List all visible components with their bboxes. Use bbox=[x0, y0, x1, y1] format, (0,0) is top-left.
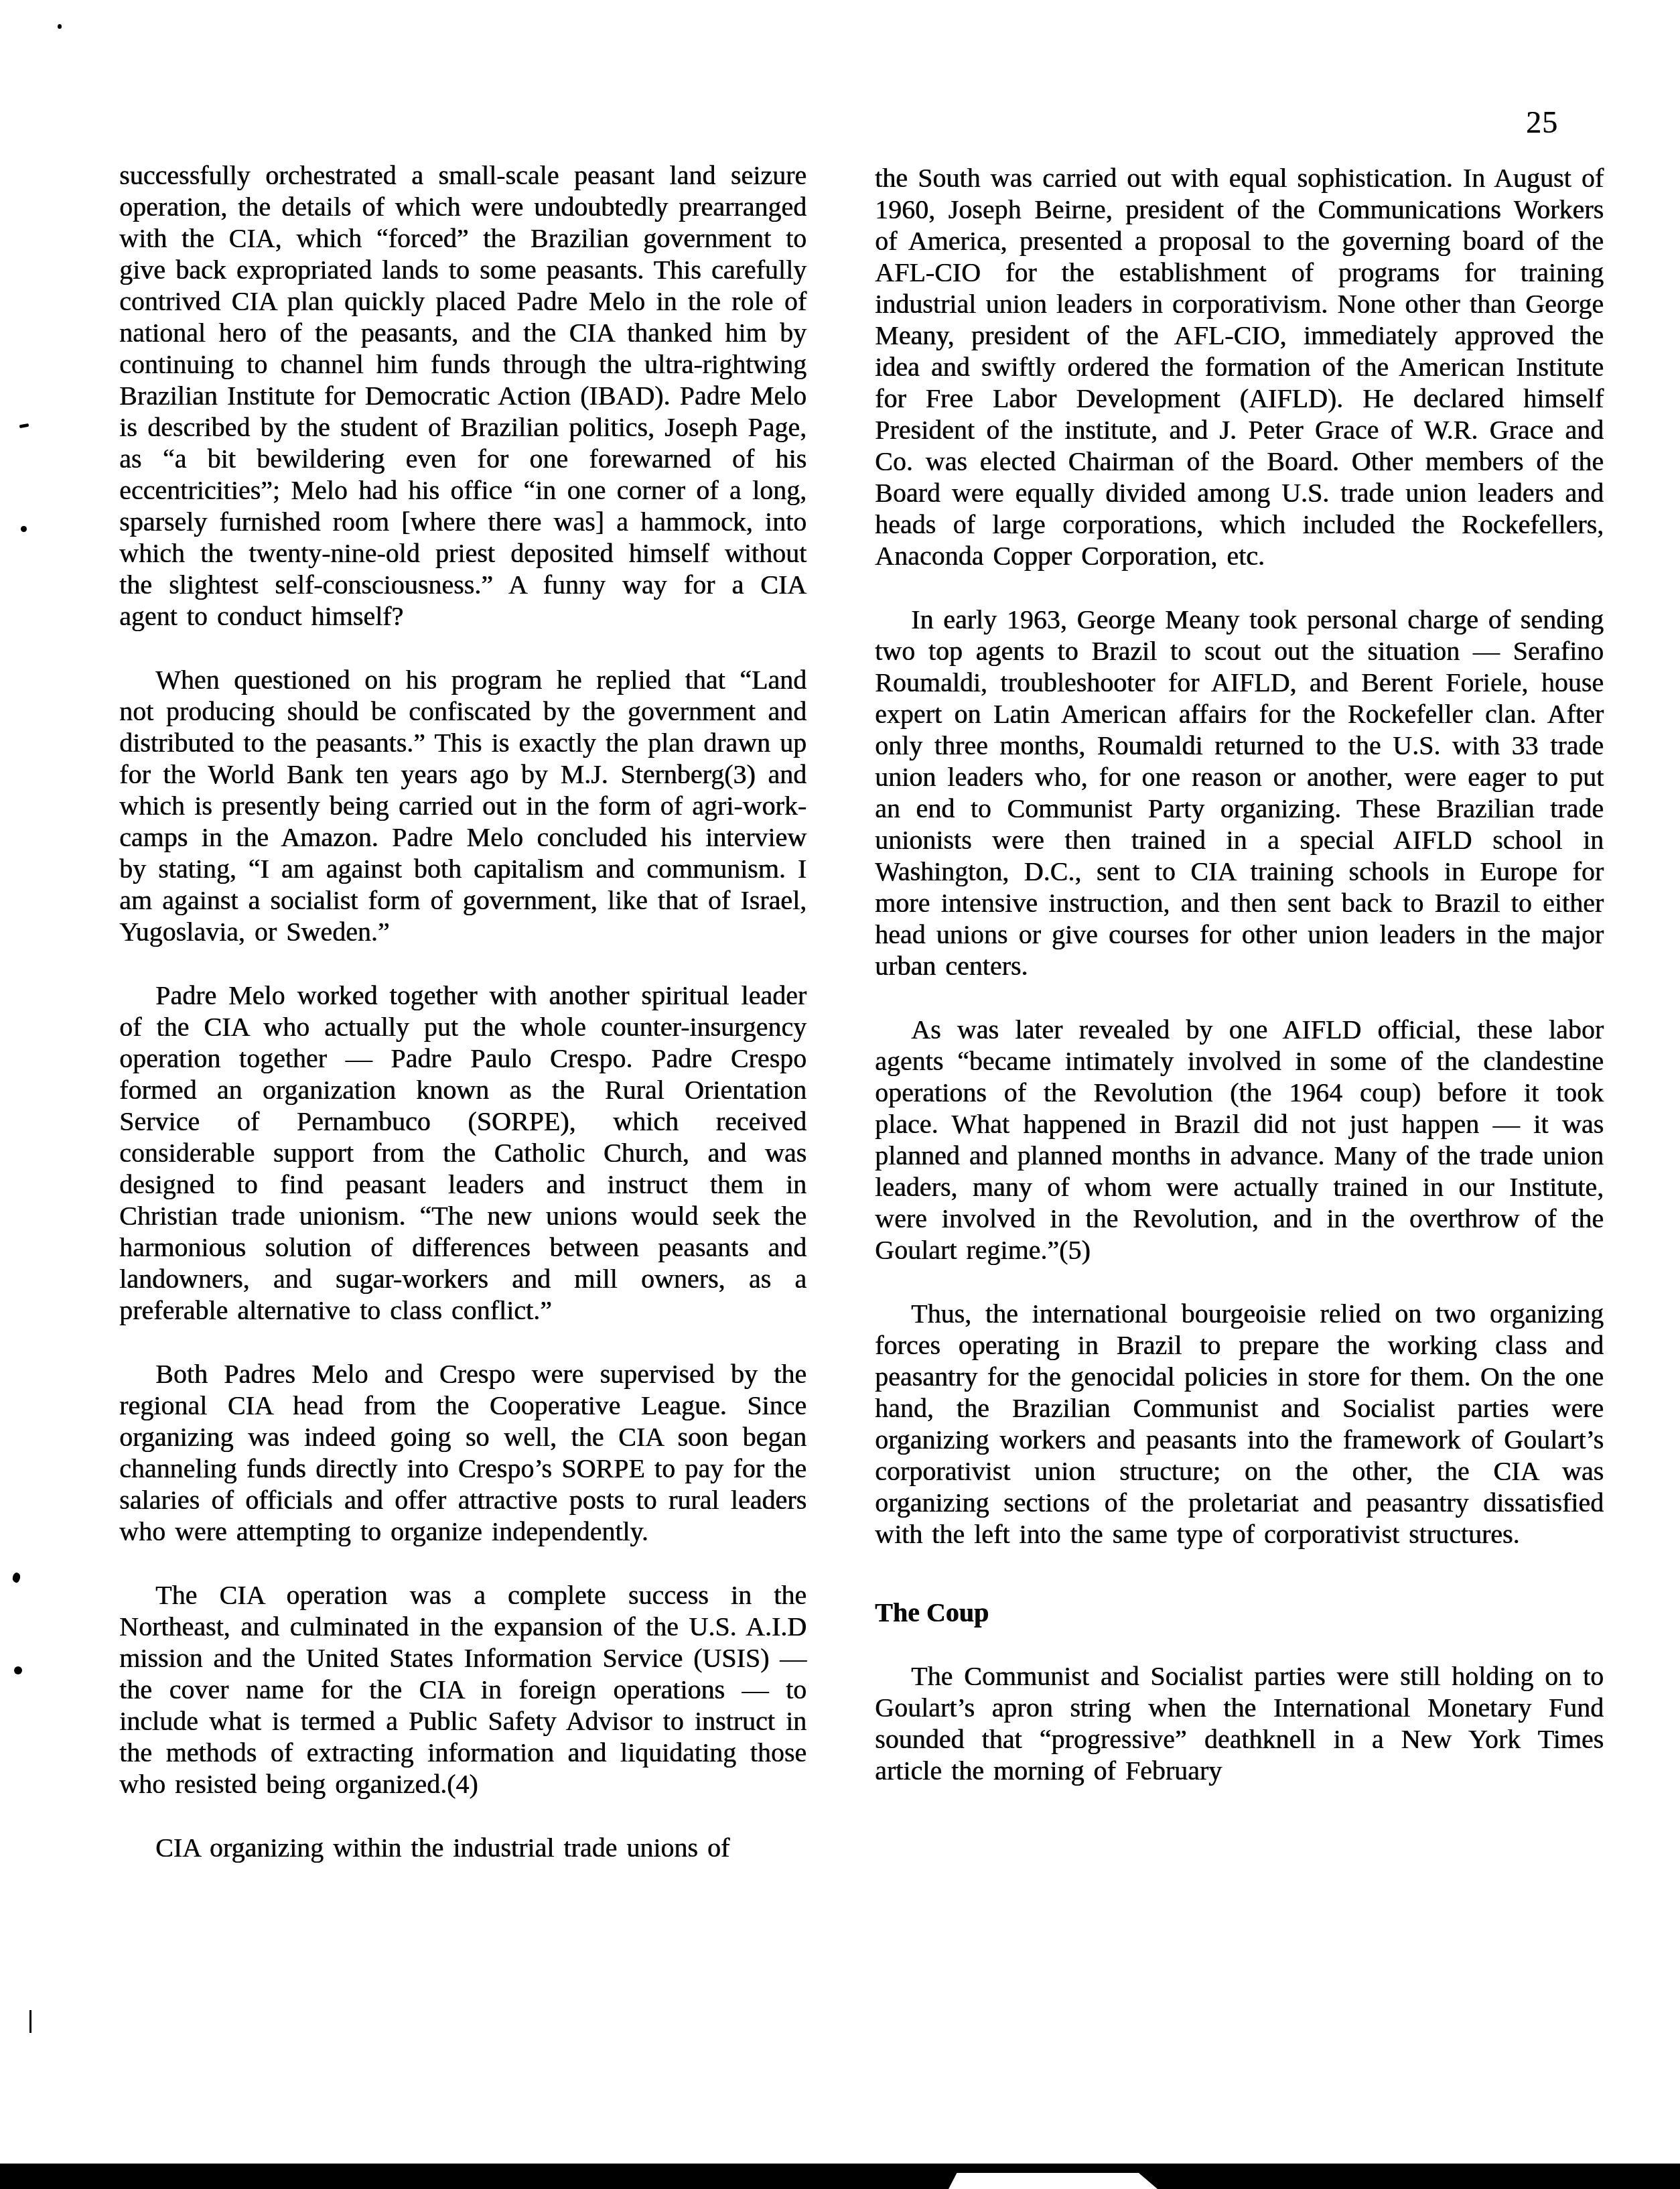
paragraph: When questioned on his program he replie… bbox=[119, 664, 807, 947]
scan-bottom-band-notch bbox=[949, 2173, 1158, 2189]
scan-speck bbox=[29, 2010, 31, 2033]
paragraph: The CIA operation was a complete success… bbox=[119, 1579, 807, 1800]
scanned-document-page: 25 successfully orchestrated a small-sca… bbox=[0, 0, 1680, 2189]
paragraph: In early 1963, George Meany took persona… bbox=[875, 604, 1604, 982]
right-text-column: the South was carried out with equal sop… bbox=[875, 162, 1604, 1786]
scan-speck bbox=[12, 1572, 21, 1583]
paragraph: the South was carried out with equal sop… bbox=[875, 162, 1604, 572]
scan-speck bbox=[21, 526, 27, 532]
section-heading: The Coup bbox=[875, 1597, 1604, 1628]
paragraph: Padre Melo worked together with another … bbox=[119, 980, 807, 1326]
scan-bottom-band bbox=[0, 2164, 1680, 2189]
paragraph: Both Padres Melo and Crespo were supervi… bbox=[119, 1358, 807, 1547]
paragraph: CIA organizing within the industrial tra… bbox=[119, 1832, 807, 1863]
scan-speck bbox=[19, 423, 29, 428]
scan-speck bbox=[14, 1666, 22, 1674]
scan-speck bbox=[58, 24, 62, 29]
left-text-column: successfully orchestrated a small-scale … bbox=[119, 159, 807, 1863]
paragraph: Thus, the international bourgeoisie reli… bbox=[875, 1298, 1604, 1550]
paragraph: As was later revealed by one AIFLD offic… bbox=[875, 1014, 1604, 1266]
paragraph: The Communist and Socialist parties were… bbox=[875, 1660, 1604, 1786]
paragraph: successfully orchestrated a small-scale … bbox=[119, 159, 807, 632]
page-number: 25 bbox=[1526, 107, 1558, 138]
